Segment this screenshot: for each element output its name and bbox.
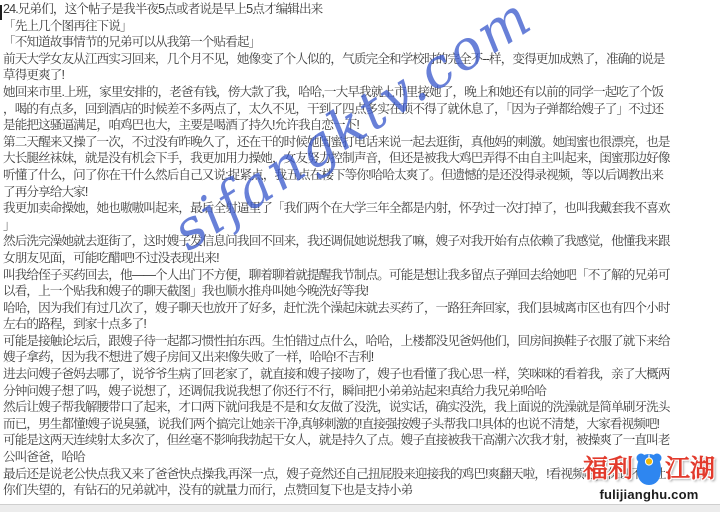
post-line: 了再分享给大家! bbox=[3, 184, 719, 201]
post-line: 「不知道故事情节的兄弟可以从我第一个贴看起」 bbox=[3, 34, 719, 51]
logo-url: fulijianghu.com bbox=[599, 488, 698, 501]
post-line: 然后让嫂子帮我解腰带口了起来，才口两下就问我是不是和女友做了没洗，说实话，确实没… bbox=[3, 399, 719, 416]
post-line: 可能是这两天连续射太多次了，但丝毫不影响我勃起干女人，就是持久了点。嫂子直接被我… bbox=[3, 432, 719, 449]
bottom-scrollbar-track[interactable] bbox=[0, 504, 720, 512]
post-line: 大长腿丝袜妹，就是没有机会下手，我更加用力操她，女友努力控制声音，但还是被我大鸡… bbox=[3, 150, 719, 167]
post-line: 叫我给侄子买药回去，他——个人出门不方便，聊着聊着就提醒我节制点。可能是想让我多… bbox=[3, 267, 719, 284]
post-line: 前天大学女友从江西实习回来，几个月不见，她像变了个人似的，气质完全和学校时的完全… bbox=[3, 51, 719, 68]
post-line: 而已，男生都懂!嫂子说臭骚，说我们两个搞完让她亲干净,真够刺激的!直接强按嫂子头… bbox=[3, 416, 719, 433]
post-line: 进去问嫂子爸妈去哪了，说爷爷生病了回老家了，就直接和嫂子接吻了，嫂子也看懂了我心… bbox=[3, 366, 719, 383]
post-line: 以看，上一个贴我和嫂子的聊天截图」我也顺水推舟叫她今晚洗好等我! bbox=[3, 283, 719, 300]
post-line: 我更加卖命操她，她也嗷嗷叫起来，最后全射逼里了「我们两个在大学三年全都是内射，怀… bbox=[3, 200, 719, 217]
post-line: 可能是接触论坛后，跟嫂子待一起都习惯性拍东西。生怕错过点什么，哈哈，上楼都没见爸… bbox=[3, 333, 719, 350]
post-line: 分钟问嫂子想了吗，嫂子说想了，还调侃我说我想了你还行不行，瞬间把小弟弟站起来!真… bbox=[3, 383, 719, 400]
post-line: 她回来市里.上班，家里安排的，老爸有钱，傍大款了我，哈哈,一大早我就上市里接她了… bbox=[3, 84, 719, 101]
post-line: 然后洗完澡她就去逛街了，这时嫂子发信息问我回不回来，我还调侃她说想我了嘛，嫂子对… bbox=[3, 233, 719, 250]
fulijianghu-logo: 福利 江湖 fulijianghu.com bbox=[583, 451, 715, 501]
post-line: 左右的路程，到家十点多了! bbox=[3, 316, 719, 333]
post-body: 24.兄弟们，这个帖子是我半夜5点或者说是早上5点才编辑出来 「先上几个图再往下… bbox=[3, 1, 719, 499]
post-line: 第二天醒来又操了一次，不过没有昨晚久了，还在干的时候她闺蜜打电话来说一起去逛街，… bbox=[3, 134, 719, 151]
post-line: 女朋友见面，可能吃醋吧!不过没表现出来! bbox=[3, 250, 719, 267]
post-line: 24.兄弟们，这个帖子是我半夜5点或者说是早上5点才编辑出来 bbox=[3, 1, 719, 18]
post-line: 哈哈，因为我们有过几次了，嫂子聊天也放开了好多，赶忙洗个澡起床就去买药了，一路狂… bbox=[3, 300, 719, 317]
post-line: 是能把这骚逼满足，咱鸡巴也大，主要是喝酒了持久!允许我自恋一下! bbox=[3, 117, 719, 134]
logo-text-jianghu: 江湖 bbox=[665, 457, 715, 482]
post-line: 草得更爽了! bbox=[3, 67, 719, 84]
logo-text-fuli: 福利 bbox=[583, 457, 633, 482]
text-cursor bbox=[0, 5, 2, 20]
computer-mouse-icon bbox=[634, 451, 664, 487]
post-line: 「先上几个图再往下说」 bbox=[3, 18, 719, 35]
post-line: 嫂子拿药，因为我不想进了嫂子房间又出来!像失败了一样，哈哈!不吉利! bbox=[3, 349, 719, 366]
post-line: 」 bbox=[3, 217, 719, 234]
post-line: 听懂了什么，问了你在干什么然后自己又说:捉紧点，我五点在楼下等你!哈哈太爽了。但… bbox=[3, 167, 719, 184]
post-line: ，喝的有点多，回到酒店的时候差不多两点了，太久不见，干到了四点多实在顶不得了就休… bbox=[3, 101, 719, 118]
logo-row: 福利 江湖 bbox=[583, 451, 715, 487]
